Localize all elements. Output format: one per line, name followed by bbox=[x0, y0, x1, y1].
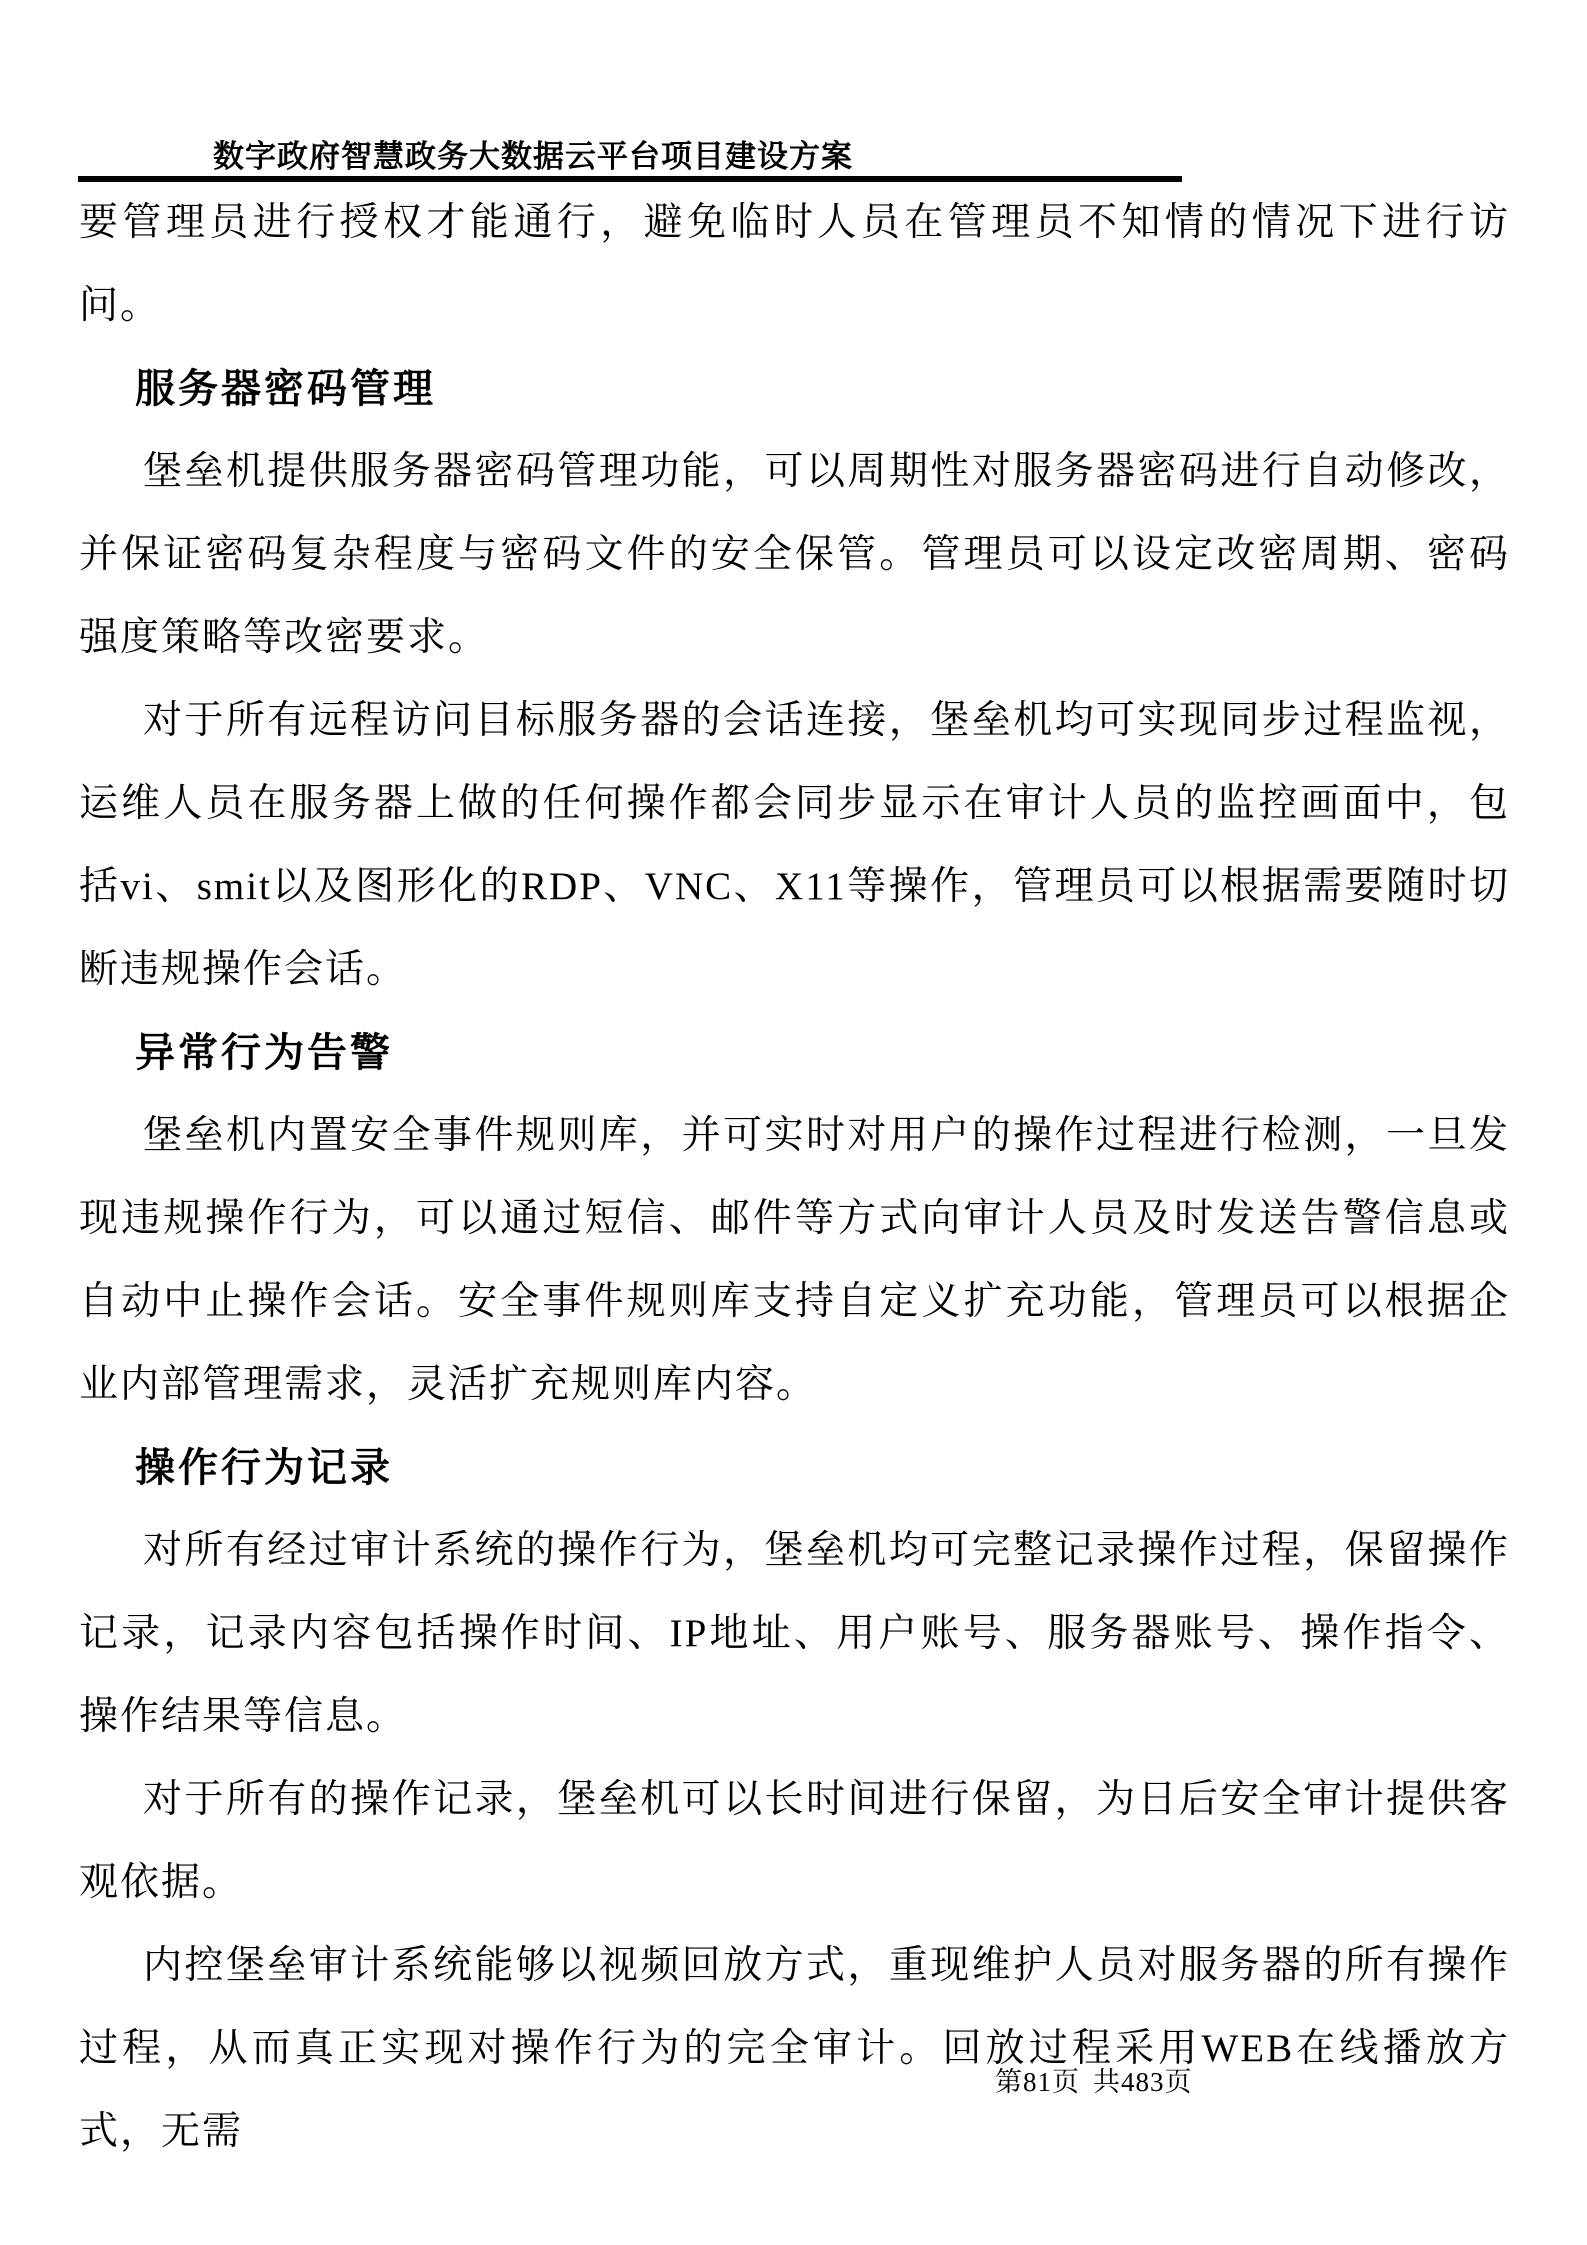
body-paragraph: 对于所有的操作记录，堡垒机可以长时间进行保留，为日后安全审计提供客观依据。 bbox=[79, 1758, 1510, 1924]
body-paragraph: 对于所有远程访问目标服务器的会话连接，堡垒机均可实现同步过程监视，运维人员在服务… bbox=[79, 679, 1510, 1011]
page-footer: 第81页共483页 bbox=[995, 2060, 1193, 2099]
document-page: 数字政府智慧政务大数据云平台项目建设方案 要管理员进行授权才能通行，避免临时人员… bbox=[0, 0, 1587, 2245]
body-paragraph: 堡垒机提供服务器密码管理功能，可以周期性对服务器密码进行自动修改，并保证密码复杂… bbox=[79, 430, 1510, 679]
document-body: 要管理员进行授权才能通行，避免临时人员在管理员不知情的情况下进行访问。 服务器密… bbox=[79, 181, 1510, 2173]
body-paragraph: 要管理员进行授权才能通行，避免临时人员在管理员不知情的情况下进行访问。 bbox=[79, 181, 1510, 347]
body-paragraph: 对所有经过审计系统的操作行为，堡垒机均可完整记录操作过程，保留操作记录，记录内容… bbox=[79, 1509, 1510, 1758]
page-header: 数字政府智慧政务大数据云平台项目建设方案 bbox=[0, 0, 1587, 190]
body-paragraph: 内控堡垒审计系统能够以视频回放方式，重现维护人员对服务器的所有操作过程，从而真正… bbox=[79, 1924, 1510, 2173]
page-number-label: 第81页 bbox=[995, 2067, 1080, 2097]
body-paragraph: 堡垒机内置安全事件规则库，并可实时对用户的操作过程进行检测，一旦发现违规操作行为… bbox=[79, 1094, 1510, 1426]
page-total-label: 共483页 bbox=[1093, 2067, 1193, 2097]
heading-server-password-management: 服务器密码管理 bbox=[79, 347, 1510, 430]
header-title: 数字政府智慧政务大数据云平台项目建设方案 bbox=[213, 131, 853, 176]
heading-abnormal-behavior-alert: 异常行为告警 bbox=[79, 1011, 1510, 1094]
heading-operation-behavior-record: 操作行为记录 bbox=[79, 1426, 1510, 1509]
